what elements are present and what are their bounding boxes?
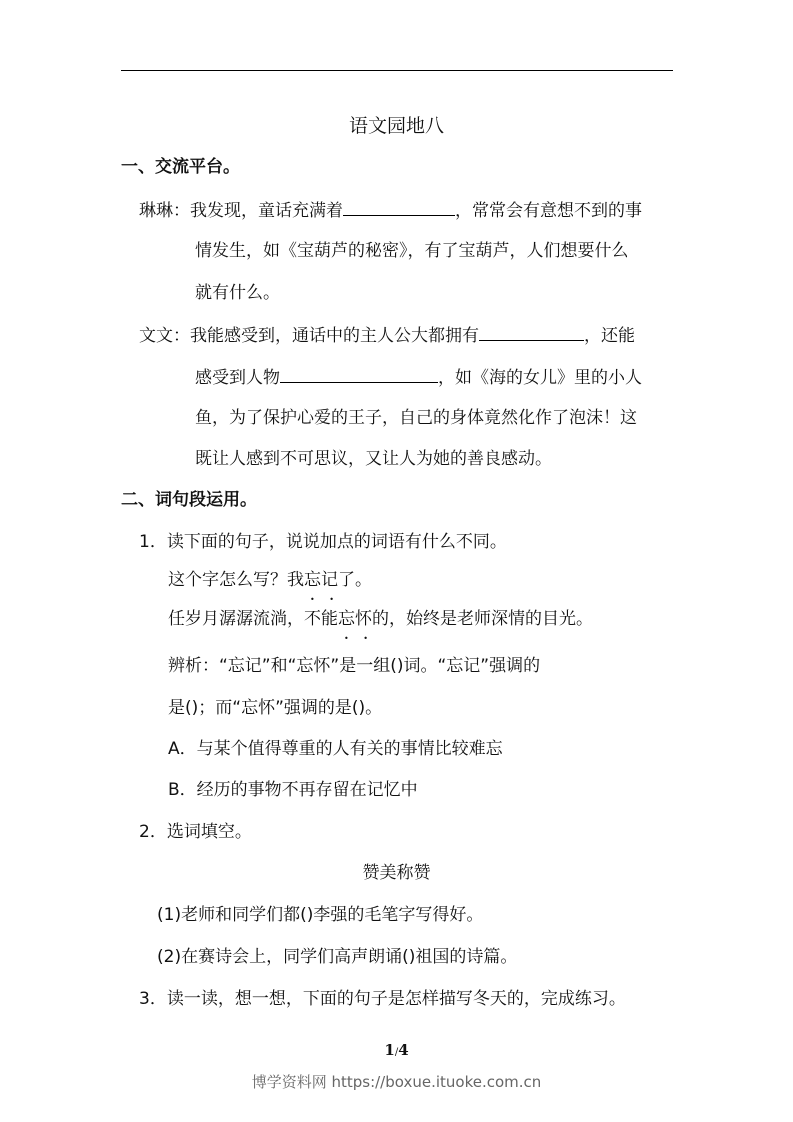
question-2-word-bank: 赞美称赞 [0, 861, 793, 885]
question-1-option-b: B．经历的事物不再存留在记忆中 [168, 778, 418, 802]
question-2-prompt: 2．选词填空。 [139, 820, 252, 844]
sentence-text: 任岁月潺潺流淌，不能 [168, 609, 338, 629]
dialogue-wenwen-line3: 鱼，为了保护心爱的王子，自己的身体竟然化作了泡沫！这 [195, 406, 637, 430]
speaker-wenwen: 文文： [139, 326, 190, 346]
dialogue-wenwen-line2: 感受到人物，如《海的女儿》里的小人 [195, 364, 642, 390]
sentence-text: 这个字怎么写？我 [168, 570, 304, 590]
question-1-sentence-1: 这个字怎么写？我忘记了。 [168, 568, 372, 592]
question-1-analysis-line2: 是()；而“忘怀”强调的是()。 [168, 696, 382, 720]
dialogue-text: 我能感受到，通话中的主人公大都拥有 [190, 326, 479, 346]
dialogue-linlin-line1: 琳琳：我发现，童话充满着，常常会有意想不到的事 [139, 197, 642, 223]
fill-blank-3[interactable] [280, 364, 438, 383]
dialogue-text: ，还能 [584, 326, 635, 346]
page-total: 4 [398, 1041, 408, 1059]
watermark: 博学资料网 https://boxue.ituoke.com.cn [0, 1070, 793, 1094]
question-1-sentence-2: 任岁月潺潺流淌，不能忘怀的，始终是老师深情的目光。 [168, 607, 593, 631]
question-2-item-2: (2)在赛诗会上，同学们高声朗诵()祖国的诗篇。 [157, 945, 517, 969]
section-heading-1: 一、交流平台。 [121, 155, 240, 179]
fill-blank-2[interactable] [479, 322, 584, 341]
question-1-prompt: 1．读下面的句子，说说加点的词语有什么不同。 [139, 530, 507, 554]
dialogue-text: 我发现，童话充满着 [190, 201, 343, 221]
dialogue-wenwen-line4: 既让人感到不可思议，又让人为她的善良感动。 [195, 447, 552, 471]
speaker-linlin: 琳琳： [139, 201, 190, 221]
question-1-analysis-line1: 辨析：“忘记”和“忘怀”是一组()词。“忘记”强调的 [168, 654, 540, 678]
section-heading-2: 二、词句段运用。 [121, 488, 257, 512]
page-current: 1 [384, 1041, 394, 1059]
question-3-prompt: 3．读一读，想一想，下面的句子是怎样描写冬天的，完成练习。 [139, 987, 626, 1011]
page-title: 语文园地八 [0, 114, 793, 138]
question-2-item-1: (1)老师和同学们都()李强的毛笔字写得好。 [157, 903, 483, 927]
dialogue-wenwen-line1: 文文：我能感受到，通话中的主人公大都拥有，还能 [139, 322, 635, 348]
header-rule [121, 70, 673, 71]
sentence-text: 了。 [338, 570, 372, 590]
dialogue-linlin-line2: 情发生，如《宝葫芦的秘密》，有了宝葫芦，人们想要什么 [195, 239, 629, 263]
page-number: 1/4 [0, 1038, 793, 1065]
question-1-option-a: A．与某个值得尊重的人有关的事情比较难忘 [168, 737, 503, 761]
dialogue-text: ，如《海的女儿》里的小人 [438, 368, 642, 388]
fill-blank-1[interactable] [343, 197, 455, 216]
dialogue-text: 感受到人物 [195, 368, 280, 388]
emphasized-word-wanghuai: 忘怀 [338, 607, 372, 631]
emphasized-word-wangji: 忘记 [304, 568, 338, 592]
sentence-text: 的，始终是老师深情的目光。 [372, 609, 593, 629]
dialogue-linlin-line3: 就有什么。 [195, 281, 280, 305]
dialogue-text: ，常常会有意想不到的事 [455, 201, 642, 221]
